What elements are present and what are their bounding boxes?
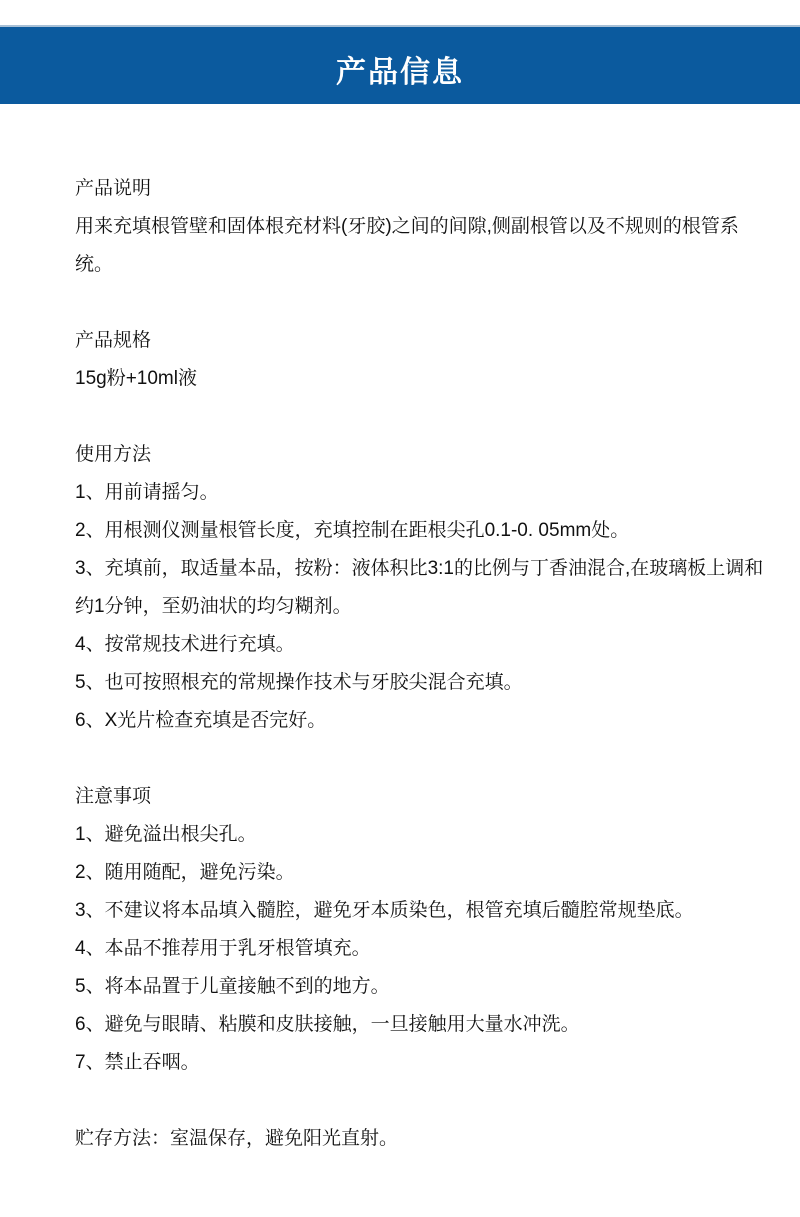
page-title-bar: 产品信息: [0, 25, 800, 104]
note-item: 3、不建议将本品填入髓腔，避免牙本质染色，根管充填后髓腔常规垫底。: [75, 892, 772, 930]
section-heading-description: 产品说明: [75, 170, 772, 208]
spec-text: 15g粉+10ml液: [75, 360, 772, 398]
section-product-spec: 产品规格 15g粉+10ml液: [75, 322, 772, 398]
section-heading-spec: 产品规格: [75, 322, 772, 360]
section-product-description: 产品说明 用来充填根管壁和固体根充材料(牙胶)之间的间隙,侧副根管以及不规则的根…: [75, 170, 772, 284]
usage-item: 2、用根测仪测量根管长度，充填控制在距根尖孔0.1-0. 05mm处。: [75, 512, 772, 550]
section-usage: 使用方法 1、用前请摇匀。 2、用根测仪测量根管长度，充填控制在距根尖孔0.1-…: [75, 436, 772, 740]
description-text: 用来充填根管壁和固体根充材料(牙胶)之间的间隙,侧副根管以及不规则的根管系统。: [75, 208, 772, 284]
usage-item: 6、X光片检查充填是否完好。: [75, 702, 772, 740]
note-item: 6、避免与眼睛、粘膜和皮肤接触，一旦接触用大量水冲洗。: [75, 1006, 772, 1044]
section-notes: 注意事项 1、避免溢出根尖孔。 2、随用随配，避免污染。 3、不建议将本品填入髓…: [75, 778, 772, 1082]
note-item: 7、禁止吞咽。: [75, 1044, 772, 1082]
usage-item: 1、用前请摇匀。: [75, 474, 772, 512]
page-title: 产品信息: [336, 41, 464, 91]
section-heading-notes: 注意事项: [75, 778, 772, 816]
usage-item: 5、也可按照根充的常规操作技术与牙胶尖混合充填。: [75, 664, 772, 702]
note-item: 5、将本品置于儿童接触不到的地方。: [75, 968, 772, 1006]
usage-item: 4、按常规技术进行充填。: [75, 626, 772, 664]
product-info-page: 产品信息 产品说明 用来充填根管壁和固体根充材料(牙胶)之间的间隙,侧副根管以及…: [0, 0, 800, 1217]
usage-item: 3、充填前，取适量本品，按粉：液体积比3:1的比例与丁香油混合,在玻璃板上调和约…: [75, 550, 772, 626]
page-content: 产品说明 用来充填根管壁和固体根充材料(牙胶)之间的间隙,侧副根管以及不规则的根…: [0, 104, 800, 1158]
note-item: 1、避免溢出根尖孔。: [75, 816, 772, 854]
storage-instructions: 贮存方法：室温保存，避免阳光直射。: [75, 1120, 772, 1158]
section-heading-usage: 使用方法: [75, 436, 772, 474]
note-item: 2、随用随配，避免污染。: [75, 854, 772, 892]
note-item: 4、本品不推荐用于乳牙根管填充。: [75, 930, 772, 968]
